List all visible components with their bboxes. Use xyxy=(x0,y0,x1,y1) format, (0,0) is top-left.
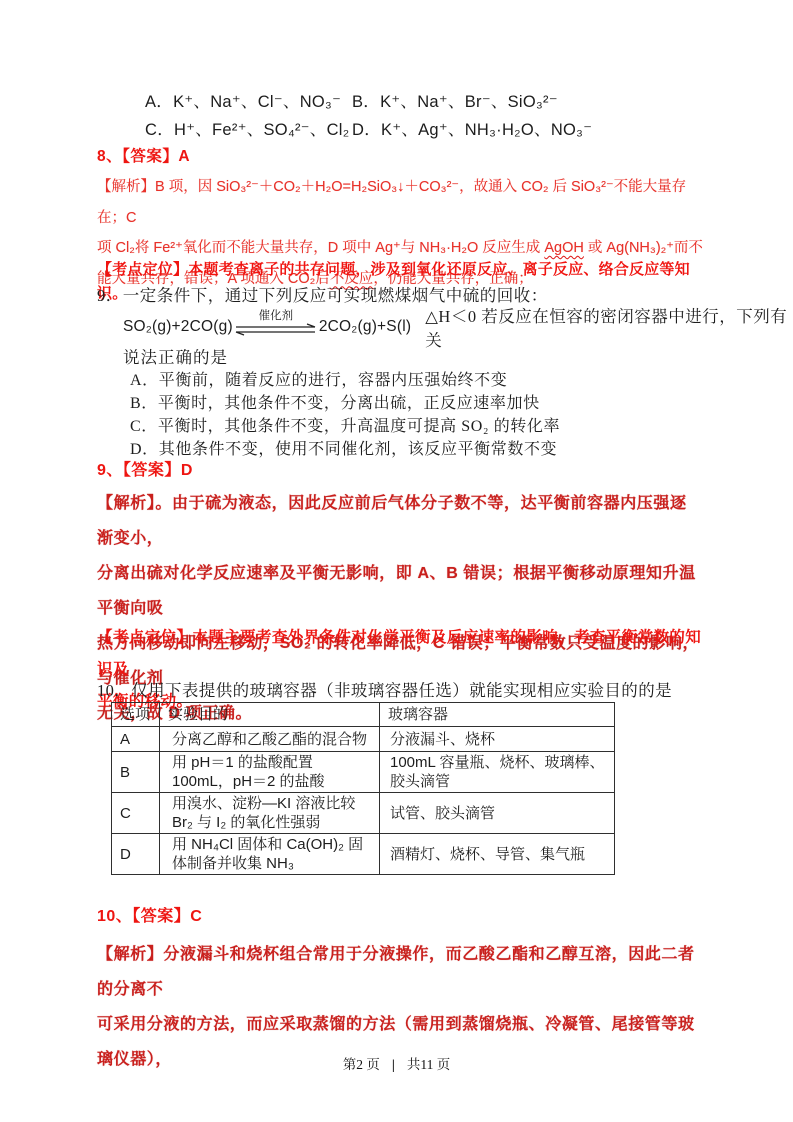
q9-stem-continued: 说法正确的是 xyxy=(123,346,703,370)
row-glassware: 100mL 容量瓶、烧杯、玻璃棒、胶头滴管 xyxy=(380,752,615,793)
q9-option-d: D．其他条件不变，使用不同催化剂，该反应平衡常数不变 xyxy=(130,438,703,461)
row-option: B xyxy=(112,752,160,793)
row-purpose: 分离乙醇和乙酸乙酯的混合物 xyxy=(160,727,380,752)
row-purpose: 用溴水、淀粉—KI 溶液比较 Br₂ 与 I₂ 的氧化性强弱 xyxy=(160,793,380,834)
q9-analysis-line: 分离出硫对化学反应速率及平衡无影响，即 A、B 错误；根据平衡移动原理知升温平衡… xyxy=(97,556,703,626)
equilibrium-arrow-icon xyxy=(235,323,317,336)
q8-answer: 8、【答案】A xyxy=(97,146,703,168)
q9-equation: SO₂(g)+2CO(g) 催化剂 2CO₂(g)+S(l) △H＜0 若反应在… xyxy=(123,306,793,348)
table-header-purpose: 实验目的 xyxy=(160,703,380,727)
table-row: C 用溴水、淀粉—KI 溶液比较 Br₂ 与 I₂ 的氧化性强弱 试管、胶头滴管 xyxy=(112,793,615,834)
row-purpose: 用 NH₄Cl 固体和 Ca(OH)₂ 固体制备并收集 NH₃ xyxy=(160,834,380,875)
q9-option-c: C．平衡时，其他条件不变，升高温度可提高 SO₂ 的转化率 xyxy=(130,415,703,438)
q8-options: A．K⁺、Na⁺、Cl⁻、NO₃⁻ B．K⁺、Na⁺、Br⁻、SiO₃²⁻ C．… xyxy=(97,88,703,144)
table-row: B 用 pH＝1 的盐酸配置 100mL，pH＝2 的盐酸 100mL 容量瓶、… xyxy=(112,752,615,793)
table-header-glassware: 玻璃容器 xyxy=(380,703,615,727)
q8-option-d: D．K⁺、Ag⁺、NH₃·H₂O、NO₃⁻ xyxy=(352,116,703,144)
table-row: A 分离乙醇和乙酸乙酯的混合物 分液漏斗、烧杯 xyxy=(112,727,615,752)
row-option: A xyxy=(112,727,160,752)
row-option: D xyxy=(112,834,160,875)
row-glassware: 酒精灯、烧杯、导管、集气瓶 xyxy=(380,834,615,875)
q8-option-c: C．H⁺、Fe²⁺、SO₄²⁻、Cl₂ xyxy=(97,116,352,144)
q10-analysis-line: 【解析】分液漏斗和烧杯组合常用于分液操作，而乙酸乙酯和乙醇互溶，因此二者的分离不 xyxy=(97,937,703,1007)
row-glassware: 分液漏斗、烧杯 xyxy=(380,727,615,752)
q9-options: A．平衡前，随着反应的进行，容器内压强始终不变 B．平衡时，其他条件不变，分离出… xyxy=(130,369,703,461)
q8-analysis-line: 【解析】B 项，因 SiO₃²⁻＋CO₂＋H₂O=H₂SiO₃↓＋CO₃²⁻，故… xyxy=(97,172,703,233)
equation-left: SO₂(g)+2CO(g) xyxy=(123,318,233,336)
row-glassware: 试管、胶头滴管 xyxy=(380,793,615,834)
q9-answer: 9、【答案】D xyxy=(97,460,703,482)
table-row: D 用 NH₄Cl 固体和 Ca(OH)₂ 固体制备并收集 NH₃ 酒精灯、烧杯… xyxy=(112,834,615,875)
footer-divider: | xyxy=(392,1057,395,1072)
table-header-row: 选项 实验目的 玻璃容器 xyxy=(112,703,615,727)
footer-total-pages: 共11 页 xyxy=(407,1057,450,1072)
equation-right: 2CO₂(g)+S(l) xyxy=(319,318,411,336)
q9-analysis-line: 【解析】。由于硫为液态，因此反应前后气体分子数不等，达平衡前容器内压强逐渐变小， xyxy=(97,486,703,556)
footer-page-number: 第2 页 xyxy=(343,1057,380,1072)
equation-tail: △H＜0 若反应在恒容的密闭容器中进行，下列有关 xyxy=(425,303,793,351)
q9-exam-point-line: 【考点定位】本题主要考查外界条件对化学平衡及反应速率的影响，考查平衡常数的知识及 xyxy=(97,622,703,686)
q8-option-b: B．K⁺、Na⁺、Br⁻、SiO₃²⁻ xyxy=(352,88,703,116)
q10-stem: 10．仅用下表提供的玻璃容器（非玻璃容器任选）就能实现相应实验目的的是 xyxy=(97,679,703,703)
row-purpose: 用 pH＝1 的盐酸配置 100mL，pH＝2 的盐酸 xyxy=(160,752,380,793)
q10-glassware-table: 选项 实验目的 玻璃容器 A 分离乙醇和乙酸乙酯的混合物 分液漏斗、烧杯 B 用… xyxy=(111,702,615,875)
q9-option-a: A．平衡前，随着反应的进行，容器内压强始终不变 xyxy=(130,369,703,392)
q8-option-a: A．K⁺、Na⁺、Cl⁻、NO₃⁻ xyxy=(97,88,352,116)
page-footer: 第2 页|共11 页 xyxy=(0,1053,793,1073)
catalyst-label: 催化剂 xyxy=(259,310,294,323)
q10-answer: 10、【答案】C xyxy=(97,906,703,928)
row-option: C xyxy=(112,793,160,834)
q9-option-b: B．平衡时，其他条件不变，分离出硫，正反应速率加快 xyxy=(130,392,703,415)
exam-document-page: A．K⁺、Na⁺、Cl⁻、NO₃⁻ B．K⁺、Na⁺、Br⁻、SiO₃²⁻ C．… xyxy=(0,0,793,1122)
equilibrium-arrow: 催化剂 xyxy=(235,310,317,336)
table-header-option: 选项 xyxy=(112,703,160,727)
